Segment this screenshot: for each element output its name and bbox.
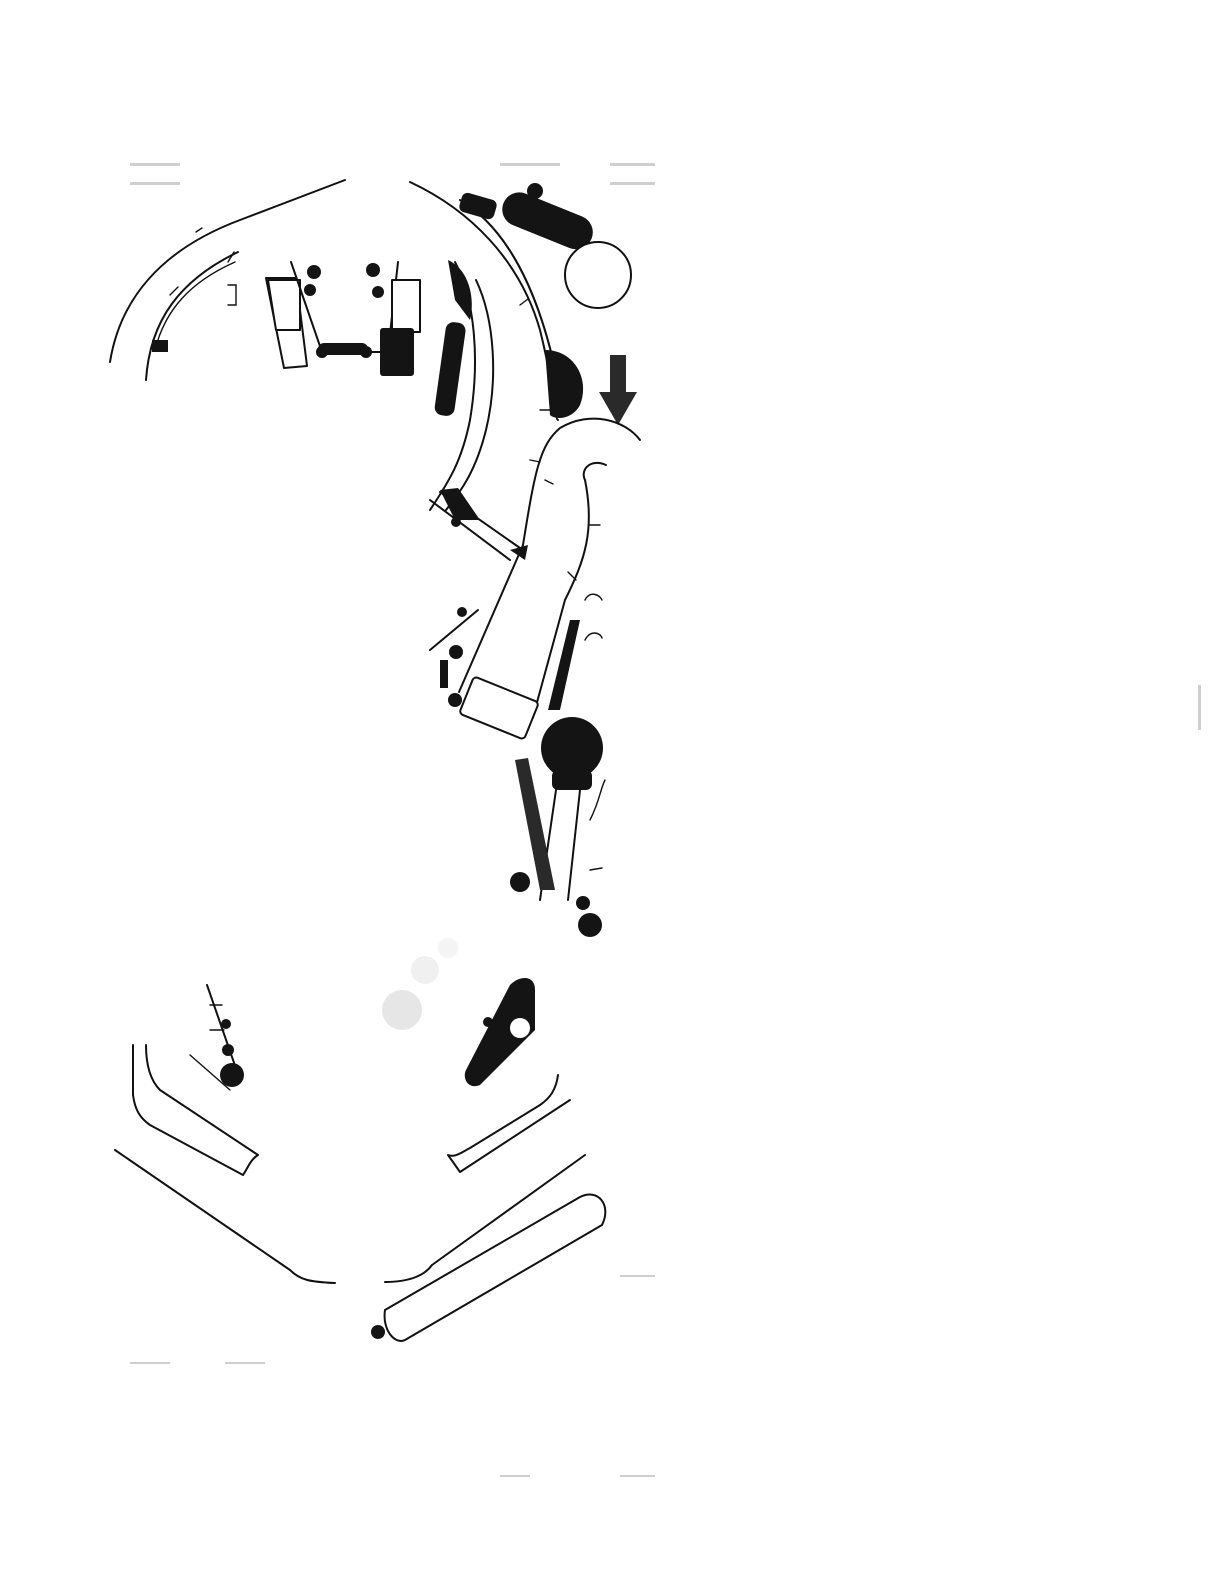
pinball-playfield-diagram: [0, 0, 1230, 1589]
upper-left-orbit: [110, 180, 345, 380]
edge-marks: [1198, 685, 1201, 730]
left-inlane: [133, 1045, 258, 1175]
top-right-bumper: [565, 242, 631, 308]
right-inlane: [448, 1075, 570, 1172]
left-slingshot: [190, 985, 244, 1090]
top-rollover-lanes: [228, 262, 420, 376]
left-outlane-rail: [115, 1150, 335, 1283]
right-kickout: [510, 717, 605, 937]
top-right-scoop: [458, 183, 598, 254]
ramp-exit-plate: [459, 676, 539, 739]
shooter-lane: [371, 1195, 605, 1341]
ghost-balls: [382, 938, 458, 1030]
right-slingshot: [465, 978, 535, 1086]
center-ramp: [430, 419, 640, 717]
arrow-down-icon: [599, 355, 637, 425]
